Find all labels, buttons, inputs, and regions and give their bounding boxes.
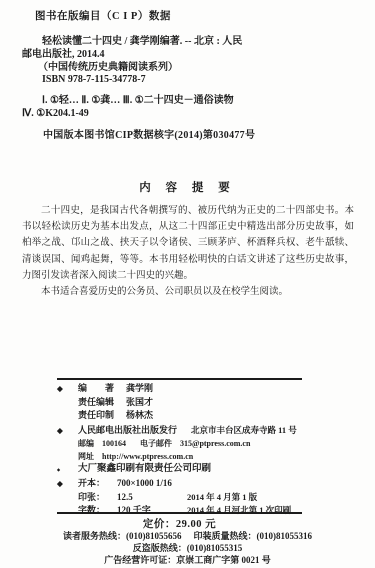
publisher-name: 人民邮电出版社出版发行 [78, 424, 177, 437]
credit-row-resp-printer: 责任印制 杨林杰 [57, 409, 310, 422]
diamond-bullet-icon: ◆ [57, 425, 78, 438]
cip-publisher-line: 邮电出版社, 2014.4 [22, 49, 362, 62]
cip-series-line: （中国传统历史典籍阅读系列） [22, 62, 362, 75]
printer-name: 大厂聚鑫印刷有限责任公司印刷 [78, 463, 211, 476]
publisher-address: 北京市丰台区成寿寺路 11 号 [191, 424, 297, 437]
postcode-email-row: 邮编 100164 电子邮件 315@ptpress.com.cn [57, 438, 310, 451]
editor-label: 编 著 [78, 382, 114, 395]
summary-paragraph-2: 本书适合喜爱历史的公务员、公司职员以及在校学生阅读。 [22, 284, 354, 300]
website-label: 网址 [78, 451, 94, 464]
website-value: http://www.ptpress.com.cn [102, 451, 193, 464]
cip-isbn-line: ISBN 978-7-115-34778-7 [22, 74, 362, 87]
cip-class-line-1: Ⅰ. ①轻… Ⅱ. ①龚… Ⅲ. ①二十四史－通俗读物 [22, 95, 362, 108]
summary-heading: 内 容 提 要 [0, 179, 375, 195]
publisher-row: ◆ 人民邮电出版社出版发行 北京市丰台区成寿寺路 11 号 [57, 424, 310, 438]
colophon-block: ◆ 编 著 龚学刚 责任编辑 张国才 责任印制 杨林杰 ◆ 人民邮电出版社出版发… [57, 382, 310, 517]
format-value: 700×1000 1/16 [117, 477, 172, 490]
diamond-bullet-icon: ◆ [57, 478, 78, 491]
cip-class-line-2: Ⅳ. ①K204.1-49 [22, 108, 362, 121]
format-label: 开本： [78, 477, 105, 490]
small-bullet-icon: ◆ [57, 464, 78, 477]
cip-title-line: 轻松读懂二十四史 / 龚学刚编著. -- 北京 : 人民 [22, 36, 362, 49]
resp-printer-name: 杨林杰 [126, 409, 153, 422]
resp-editor-name: 张国才 [126, 396, 153, 409]
cip-classification-block: Ⅰ. ①轻… Ⅱ. ①龚… Ⅲ. ①二十四史－通俗读物 Ⅳ. ①K204.1-4… [22, 95, 362, 121]
cip-catalogue-block: 轻松读懂二十四史 / 龚学刚编著. -- 北京 : 人民 邮电出版社, 2014… [22, 36, 362, 87]
format-row: ◆ 开本： 700×1000 1/16 [57, 477, 310, 491]
ad-license-line: 广告经营许可证：京崇工商广字第 0021 号 [0, 553, 375, 566]
editor-name: 龚学刚 [126, 382, 153, 395]
summary-paragraph-1: 二十四史，是我国古代各朝撰写的、被历代纳为正史的二十四部史书。本书以轻松读历史为… [22, 203, 354, 284]
resp-printer-label: 责任印制 [78, 409, 114, 422]
edition-info: 2014 年 4 月第 1 版 [187, 491, 257, 504]
colophon-top-rule [57, 378, 302, 380]
postcode-value: 100164 [102, 438, 126, 451]
credit-row-editor: ◆ 编 著 龚学刚 [57, 382, 310, 396]
reader-service-hotline: 读者服务热线：(010)81055656 [63, 531, 182, 541]
printer-row: ◆ 大厂聚鑫印刷有限责任公司印刷 [57, 463, 310, 477]
resp-editor-label: 责任编辑 [78, 396, 114, 409]
email-value: 315@ptpress.com.cn [180, 438, 250, 451]
summary-body: 二十四史，是我国古代各朝撰写的、被历代纳为正史的二十四部史书。本书以轻松读历史为… [22, 203, 354, 300]
email-label: 电子邮件 [140, 438, 172, 451]
credit-row-resp-editor: 责任编辑 张国才 [57, 396, 310, 409]
sheets-value: 12.5 [117, 491, 133, 504]
sheets-row: 印张： 12.5 2014 年 4 月第 1 版 [57, 491, 310, 504]
copyright-page: 图书在版编目（C I P）数据 轻松读懂二十四史 / 龚学刚编著. -- 北京 … [0, 0, 375, 568]
sheets-label: 印张： [78, 491, 105, 504]
diamond-bullet-icon: ◆ [57, 383, 78, 396]
cip-data-header: 图书在版编目（C I P）数据 [35, 8, 171, 23]
website-row: 网址 http://www.ptpress.com.cn [57, 451, 310, 464]
print-quality-hotline: 印装质量热线：(010)81055316 [194, 531, 313, 541]
cip-record-number: 中国版本图书馆CIP数据核字(2014)第030477号 [43, 126, 255, 141]
postcode-label: 邮编 [78, 438, 94, 451]
